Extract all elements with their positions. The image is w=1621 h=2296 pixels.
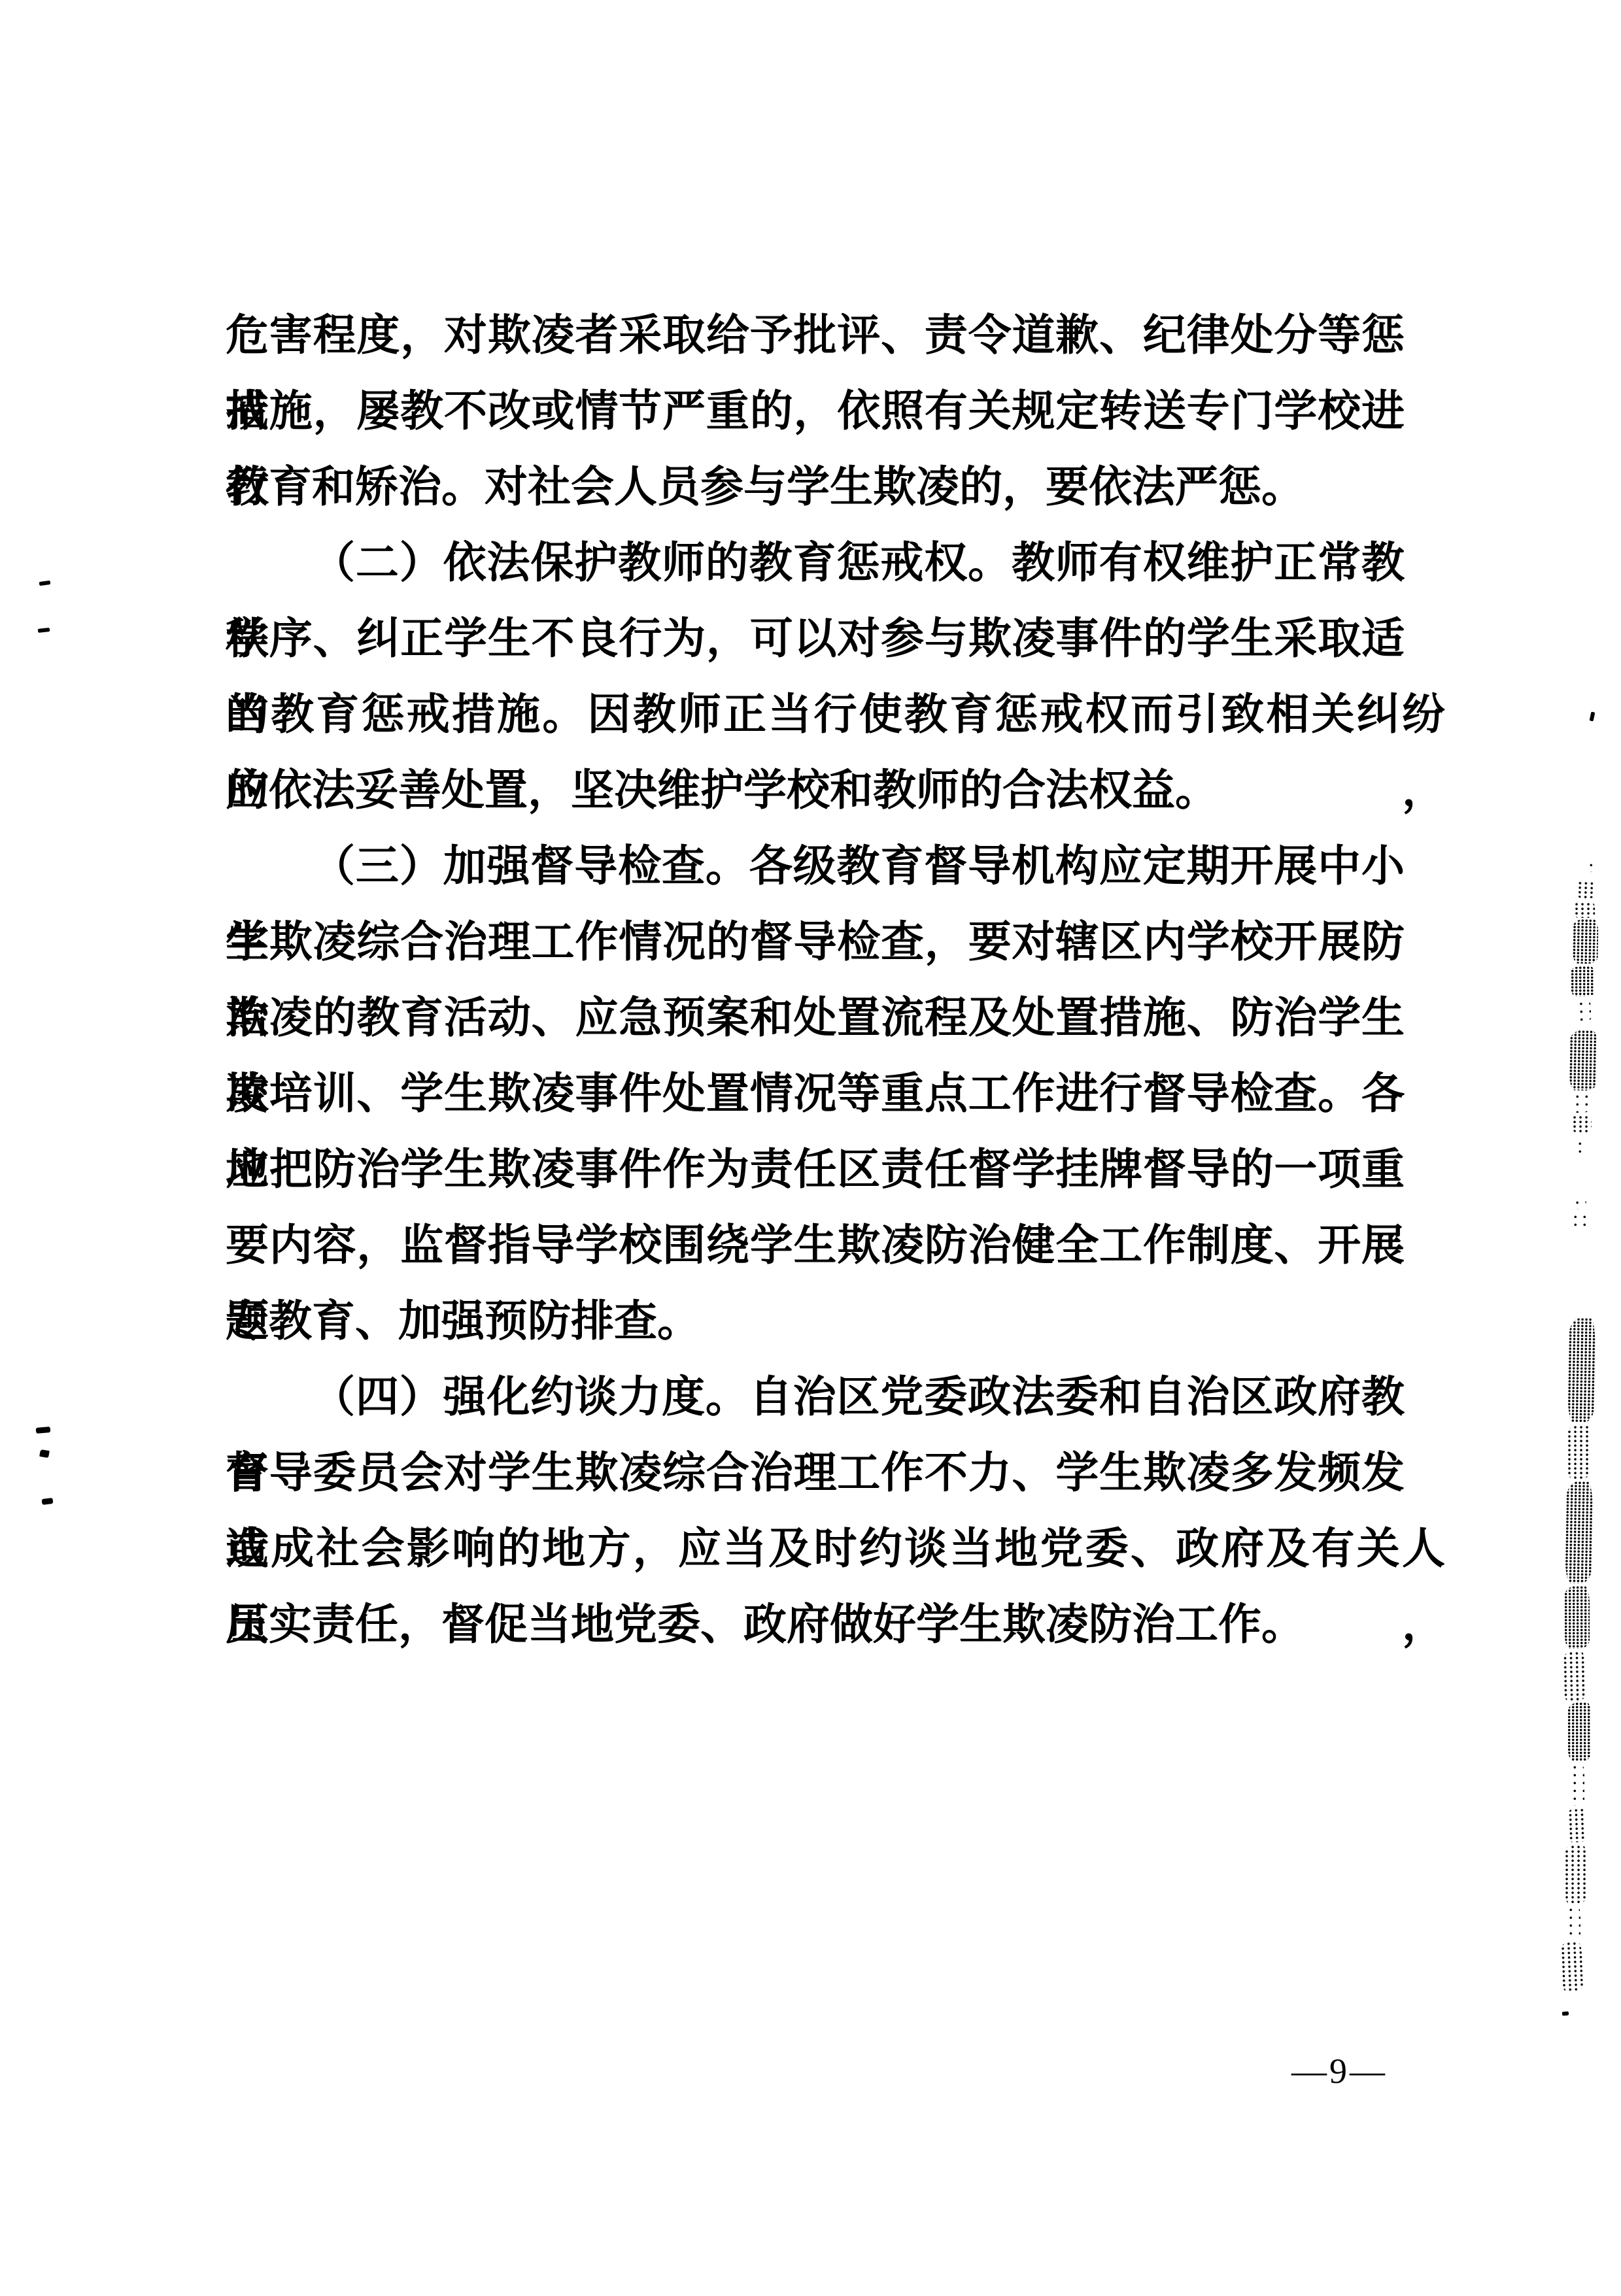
scanned-document-page: 危害程度，对欺凌者采取给予批评、责令道歉、纪律处分等惩戒措施，屡教不改或情节严重…	[0, 0, 1621, 2296]
text-line: 题教育、加强预防排查。	[226, 1284, 1405, 1360]
scan-noise-segment	[1560, 1941, 1584, 1991]
scan-noise-segment	[1567, 1808, 1586, 1843]
scan-noise-segment	[1576, 1140, 1587, 1156]
scan-noise-segment	[1571, 1764, 1584, 1806]
scan-noise-segment	[1569, 1030, 1598, 1091]
text-line: 生欺凌综合治理工作情况的督导检查，要对辖区内学校开展防治	[226, 905, 1405, 981]
scan-noise-segment	[1562, 1651, 1586, 1702]
page-number: —9—	[1291, 2051, 1388, 2091]
scan-noise-segment	[1573, 1198, 1587, 1209]
scan-speck	[39, 1449, 50, 1458]
scan-noise-segment	[1574, 902, 1595, 918]
text-line: 造成社会影响的地方，应当及时约谈当地党委、政府及有关人员，	[226, 1511, 1445, 1587]
scan-noise-segment	[1567, 1318, 1596, 1423]
scan-noise-segment	[1571, 1213, 1586, 1230]
scan-speck	[36, 1427, 51, 1434]
scan-noise-segment	[1564, 1586, 1590, 1649]
scan-noise-segment	[1571, 966, 1595, 996]
scan-speck	[1562, 2012, 1569, 2016]
scan-speck	[39, 581, 51, 586]
scan-noise-segment	[1572, 1115, 1592, 1132]
text-line: 应把防治学生欺凌事件作为责任区责任督学挂牌督导的一项重	[226, 1132, 1405, 1208]
scan-noise-segment	[1564, 1845, 1587, 1904]
text-line: 措施，屡教不改或情节严重的，依照有关规定转送专门学校进行	[226, 374, 1405, 450]
scan-speck	[1590, 712, 1595, 722]
text-line: 危害程度，对欺凌者采取给予批评、责令道歉、纪律处分等惩戒	[226, 298, 1405, 374]
scan-speck	[38, 628, 50, 633]
text-block: 危害程度，对欺凌者采取给予批评、责令道歉、纪律处分等惩戒措施，屡教不改或情节严重…	[226, 298, 1405, 1663]
text-line: 压实责任，督促当地党委、政府做好学生欺凌防治工作。	[226, 1587, 1405, 1663]
scan-noise-segment	[1565, 1481, 1594, 1584]
text-line: 凌培训、学生欺凌事件处置情况等重点工作进行督导检查。各地	[226, 1056, 1405, 1132]
scan-noise-segment	[1573, 1093, 1589, 1113]
scan-noise-segment	[1577, 1000, 1591, 1022]
text-line: 督导委员会对学生欺凌综合治理工作不力、学生欺凌多发频发或	[226, 1436, 1405, 1511]
text-line: （四）强化约谈力度。自治区党委政法委和自治区政府教育	[226, 1360, 1405, 1436]
scan-speck	[42, 1498, 54, 1505]
text-line: 秩序、纠正学生不良行为，可以对参与欺凌事件的学生采取适当	[226, 601, 1405, 677]
scan-noise-segment	[1567, 1906, 1580, 1939]
text-line: 教育和矫治。对社会人员参与学生欺凌的，要依法严惩。	[226, 450, 1405, 526]
text-line: （二）依法保护教师的教育惩戒权。教师有权维护正常教学	[226, 526, 1405, 601]
scan-noise-segment	[1572, 919, 1598, 964]
scan-noise-segment	[1577, 881, 1595, 899]
text-line: 要内容，监督指导学校围绕学生欺凌防治健全工作制度、开展专	[226, 1208, 1405, 1284]
scan-noise-segment	[1567, 1425, 1591, 1479]
scan-noise-segment	[1587, 862, 1597, 872]
scan-noise-segment	[1567, 1702, 1592, 1761]
text-line: 的教育惩戒措施。因教师正当行使教育惩戒权而引致相关纠纷的，	[226, 677, 1445, 753]
text-line: （三）加强督导检查。各级教育督导机构应定期开展中小学	[226, 829, 1405, 905]
text-line: 欺凌的教育活动、应急预案和处置流程及处置措施、防治学生欺	[226, 981, 1405, 1056]
